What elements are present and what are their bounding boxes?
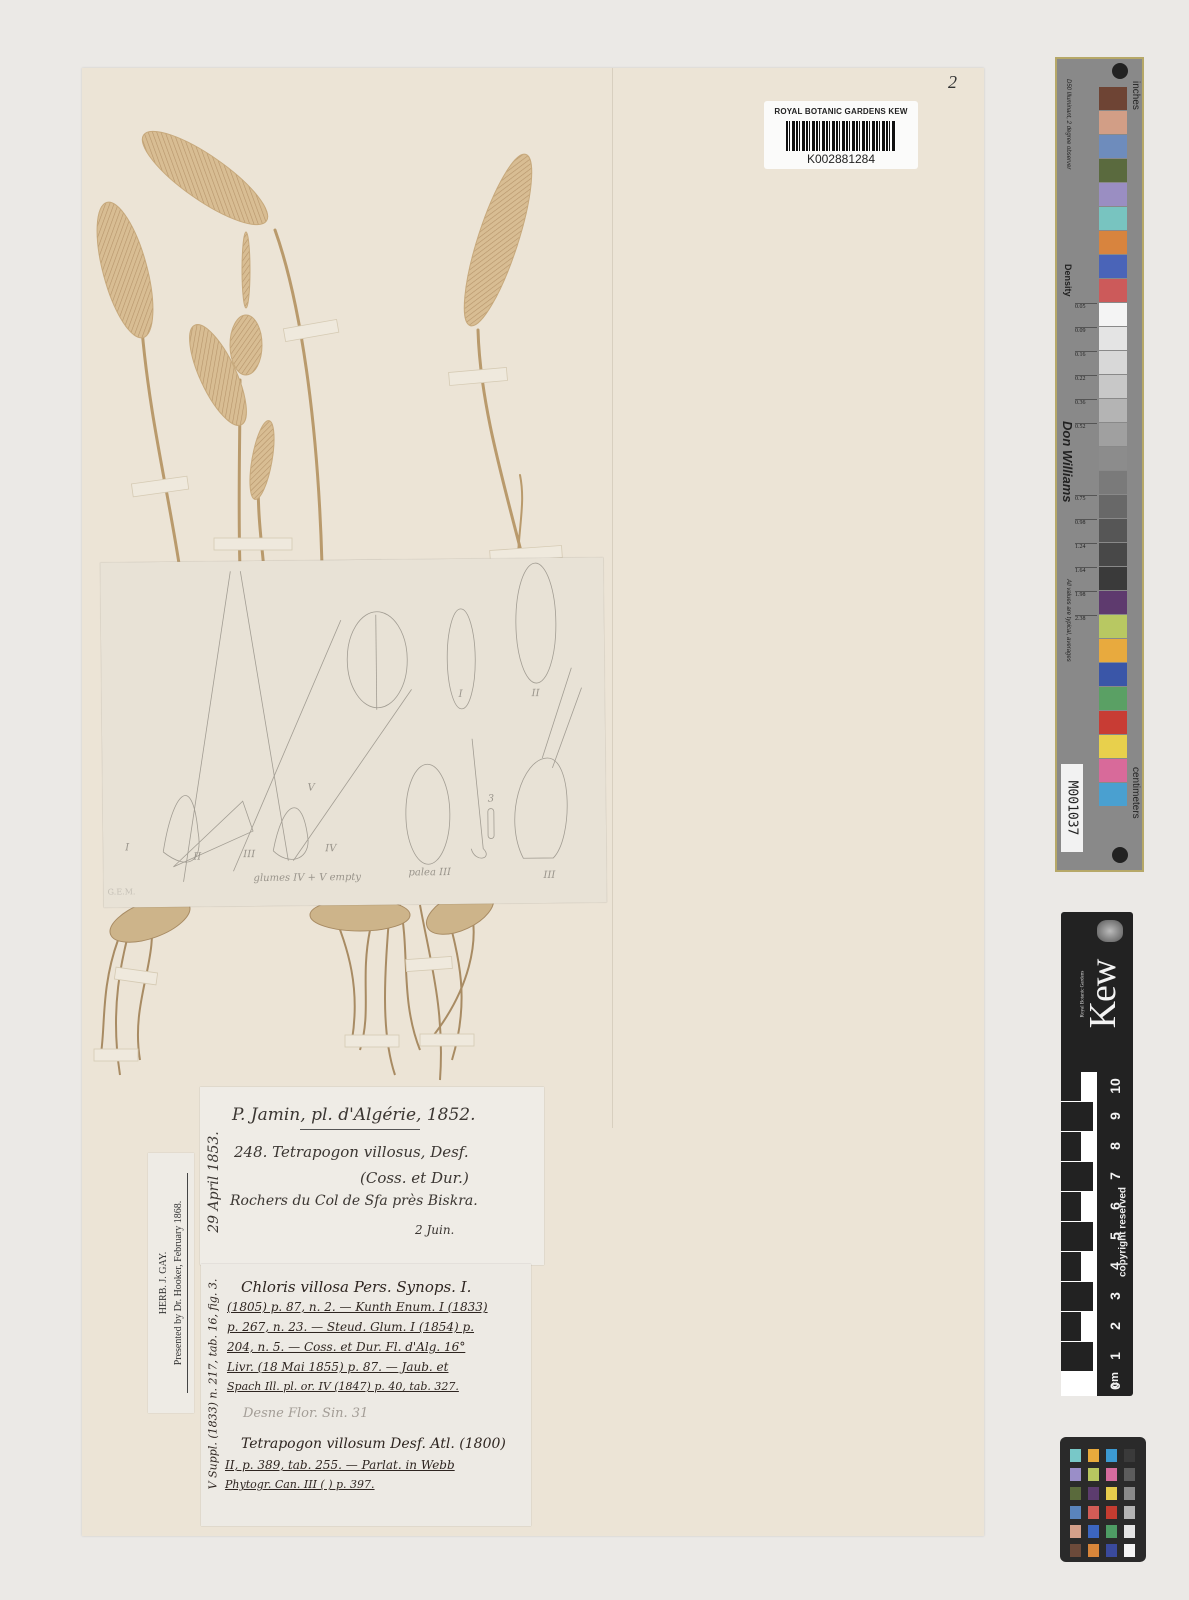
density-value: 1.98 xyxy=(1075,591,1097,616)
ruler-colour-swatch xyxy=(1099,399,1127,422)
caption-fig-iii-right: III xyxy=(543,870,555,881)
colour-card-swatch xyxy=(1124,1544,1135,1557)
ruler-colour-swatch xyxy=(1099,447,1127,470)
cm-unit-label: cm xyxy=(1109,1366,1121,1394)
colour-card-swatch xyxy=(1088,1468,1099,1481)
colour-checker-card xyxy=(1060,1437,1146,1562)
collector-line-3: (Coss. et Dur.) xyxy=(360,1169,469,1187)
cm-number: 7 xyxy=(1107,1162,1123,1190)
density-value: 1.24 xyxy=(1075,543,1097,568)
density-value: 0.52 xyxy=(1075,423,1097,448)
colour-card-swatch xyxy=(1088,1449,1099,1462)
colour-card-swatch xyxy=(1106,1487,1117,1500)
colour-card-swatch xyxy=(1088,1487,1099,1500)
density-value: 0.98 xyxy=(1075,519,1097,544)
cm-scale-block xyxy=(1061,1132,1081,1161)
ruler-colour-swatch xyxy=(1099,183,1127,206)
cm-number: 2 xyxy=(1107,1312,1123,1340)
colour-card-swatch xyxy=(1124,1506,1135,1519)
colour-card-swatch xyxy=(1070,1487,1081,1500)
colour-card-swatch xyxy=(1106,1468,1117,1481)
colour-card-swatch xyxy=(1088,1544,1099,1557)
herbarium-origin-text: HERB. J. GAY. Presented by Dr. Hooker, F… xyxy=(156,1201,186,1366)
barcode-label: ROYAL BOTANIC GARDENS KEW K002881284 xyxy=(764,101,918,169)
units-centimeters: centimeters xyxy=(1130,767,1141,819)
collector-side-date: 29 April 1853. xyxy=(206,1131,222,1233)
cm-scale-block xyxy=(1081,1342,1093,1371)
barcode-number: K002881284 xyxy=(764,152,918,166)
ruler-colour-swatch xyxy=(1099,159,1127,182)
density-value: 0.16 xyxy=(1075,351,1097,376)
det-line-1: Chloris villosa Pers. Synops. I. xyxy=(241,1278,471,1296)
artist-initials: G.E.M. xyxy=(108,887,136,896)
det-side-note: V Suppl. (1833) n. 217, tab. 16, fig. 3. xyxy=(207,1279,220,1490)
ruler-brand: Don Williams xyxy=(1060,421,1075,503)
cm-number: 3 xyxy=(1107,1282,1123,1310)
collector-line-2: 248. Tetrapogon villosus, Desf. xyxy=(234,1143,469,1161)
presented-by-note: Presented by Dr. Hooker, February 1868. xyxy=(171,1201,186,1366)
caption-fig-i-top: I xyxy=(459,689,463,700)
ruler-colour-swatch xyxy=(1099,639,1127,662)
ruler-colour-swatch xyxy=(1099,663,1127,686)
colour-card-swatch xyxy=(1106,1506,1117,1519)
kew-subtitle: Royal Botanic Gardens xyxy=(1081,971,1086,1018)
cm-scale-block xyxy=(1081,1162,1093,1191)
colour-card-swatch xyxy=(1124,1449,1135,1462)
ruler-colour-swatch xyxy=(1099,759,1127,782)
kew-logo: Kew xyxy=(1081,960,1125,1029)
density-value: 0.22 xyxy=(1075,375,1097,400)
units-inches: inches xyxy=(1130,81,1141,110)
cm-scale-block xyxy=(1061,1282,1081,1311)
ruler-colour-swatch xyxy=(1099,591,1127,614)
caption-fig-ii-top: II xyxy=(532,688,540,699)
ruler-colour-swatch xyxy=(1099,783,1127,806)
colour-card-swatch xyxy=(1124,1525,1135,1538)
caption-fig-ii: II xyxy=(193,852,201,863)
cm-scale-block xyxy=(1061,1162,1081,1191)
values-note: All values are typical, averages xyxy=(1065,579,1071,662)
ruler-colour-swatch xyxy=(1099,567,1127,590)
kew-crest-icon xyxy=(1097,920,1123,942)
ruler-colour-swatch xyxy=(1099,423,1127,446)
colour-card-swatch xyxy=(1070,1506,1081,1519)
ruler-colour-swatch xyxy=(1099,111,1127,134)
ruler-colour-swatch xyxy=(1099,279,1127,302)
cm-scale-block xyxy=(1061,1342,1081,1371)
cm-scale xyxy=(1061,1072,1097,1396)
caption-fig-iii: III xyxy=(243,849,255,860)
ruler-colour-swatch xyxy=(1099,615,1127,638)
caption-fig-i: I xyxy=(125,842,129,853)
ruler-code-label: M001037 xyxy=(1061,764,1083,852)
det-line-3: p. 267, n. 23. — Steud. Glum. I (1854) p… xyxy=(227,1320,474,1334)
colour-card-swatch xyxy=(1106,1449,1117,1462)
ruler-hole-top xyxy=(1112,63,1128,79)
colour-card-swatch xyxy=(1070,1449,1081,1462)
colour-card-swatch xyxy=(1106,1525,1117,1538)
colour-card-swatch xyxy=(1070,1544,1081,1557)
cm-scale-block xyxy=(1061,1252,1081,1281)
density-value: 0.36 xyxy=(1075,399,1097,424)
collector-label: P. Jamin, pl. d'Algérie, 1852. 248. Tetr… xyxy=(200,1087,544,1265)
collector-line-4: Rochers du Col de Sfa près Biskra. xyxy=(230,1193,478,1209)
pencil-sketch-icon xyxy=(100,557,607,907)
det-line-4: 204, n. 5. — Coss. et Dur. Fl. d'Alg. 16… xyxy=(227,1340,465,1354)
det-line-9: II, p. 389, tab. 255. — Parlat. in Webb xyxy=(225,1458,455,1472)
det-line-6: Spach Ill. pl. or. IV (1847) p. 40, tab.… xyxy=(227,1380,459,1393)
collector-line-5: 2 Juin. xyxy=(415,1223,454,1237)
cm-number: 9 xyxy=(1107,1102,1123,1130)
label-rule-line xyxy=(187,1173,189,1393)
ruler-colour-swatch xyxy=(1099,735,1127,758)
det-line-5: Livr. (18 Mai 1855) p. 87. — Jaub. et xyxy=(227,1360,448,1374)
illuminant-note: D50 Illuminant, 2 degree observer xyxy=(1065,79,1071,169)
cm-scale-block xyxy=(1061,1222,1081,1251)
caption-fig-iv: IV xyxy=(325,843,336,854)
sheet-number-mark: 2 xyxy=(948,72,957,93)
colour-card-swatch xyxy=(1088,1525,1099,1538)
ruler-colour-swatch xyxy=(1099,207,1127,230)
det-line-7: Desne Flor. Sin. 31 xyxy=(243,1406,368,1421)
caption-glumes: glumes IV + V empty xyxy=(253,872,361,884)
herbarium-origin-label: HERB. J. GAY. Presented by Dr. Hooker, F… xyxy=(148,1153,194,1413)
ruler-colour-swatch xyxy=(1099,519,1127,542)
kew-scale-bar: Kew Royal Botanic Gardens 109876543210 c… xyxy=(1061,912,1133,1396)
ruler-colour-swatch xyxy=(1099,135,1127,158)
colour-card-swatch xyxy=(1070,1468,1081,1481)
cm-scale-block xyxy=(1061,1312,1081,1341)
ruler-colour-swatch xyxy=(1099,375,1127,398)
ruler-colour-swatch xyxy=(1099,327,1127,350)
colour-density-ruler: D50 Illuminant, 2 degree observer Densit… xyxy=(1055,57,1144,872)
density-value: 0.09 xyxy=(1075,327,1097,352)
herbarium-name: HERB. J. GAY. xyxy=(156,1201,171,1366)
colour-card-swatch xyxy=(1088,1506,1099,1519)
colour-card-swatch xyxy=(1124,1468,1135,1481)
ruler-colour-swatch xyxy=(1099,495,1127,518)
ruler-code: M001037 xyxy=(1065,781,1080,836)
caption-fig-v: V xyxy=(308,782,315,793)
ruler-colour-swatch xyxy=(1099,543,1127,566)
ruler-colour-swatch xyxy=(1099,471,1127,494)
cm-scale-block xyxy=(1081,1222,1093,1251)
colour-card-swatch xyxy=(1124,1487,1135,1500)
barcode-icon xyxy=(786,121,896,151)
sheet-fold-line xyxy=(612,68,613,1128)
density-value: 2.38 xyxy=(1075,615,1097,640)
ruler-colour-swatch xyxy=(1099,303,1127,326)
density-value: 0.05 xyxy=(1075,303,1097,328)
cm-scale-block xyxy=(1061,1102,1081,1131)
colour-card-swatch xyxy=(1106,1544,1117,1557)
det-line-10: Phytogr. Can. III ( ) p. 397. xyxy=(225,1478,375,1491)
ruler-colour-swatch xyxy=(1099,687,1127,710)
density-value: 1.64 xyxy=(1075,567,1097,592)
caption-fig-3: 3 xyxy=(488,794,494,805)
ruler-hole-bottom xyxy=(1112,847,1128,863)
ruler-colour-swatch xyxy=(1099,255,1127,278)
det-line-2: (1805) p. 87, n. 2. — Kunth Enum. I (183… xyxy=(227,1300,488,1314)
determination-label: Chloris villosa Pers. Synops. I. (1805) … xyxy=(201,1264,531,1526)
cm-number: 8 xyxy=(1107,1132,1123,1160)
botanical-drawing-card: glumes IV + V empty palea III V IV III I… xyxy=(100,557,607,907)
ruler-colour-swatch xyxy=(1099,351,1127,374)
collector-line-1: P. Jamin, pl. d'Algérie, 1852. xyxy=(232,1105,476,1125)
ruler-colour-swatch xyxy=(1099,87,1127,110)
caption-palea: palea III xyxy=(408,867,451,878)
copyright-notice: copyright reserved xyxy=(1118,1187,1129,1277)
ruler-colour-swatch xyxy=(1099,711,1127,734)
ruler-colour-swatch xyxy=(1099,231,1127,254)
density-value: 0.75 xyxy=(1075,495,1097,520)
cm-scale-block xyxy=(1081,1282,1093,1311)
cm-scale-block xyxy=(1061,1072,1081,1101)
cm-number: 10 xyxy=(1107,1072,1123,1100)
institution-name: ROYAL BOTANIC GARDENS KEW xyxy=(764,107,918,116)
cm-scale-block xyxy=(1081,1102,1093,1131)
underline-divider xyxy=(300,1129,420,1130)
density-label: Density xyxy=(1063,264,1073,297)
colour-card-swatch xyxy=(1070,1525,1081,1538)
cm-scale-block xyxy=(1061,1192,1081,1221)
det-line-8: Tetrapogon villosum Desf. Atl. (1800) xyxy=(241,1436,506,1452)
